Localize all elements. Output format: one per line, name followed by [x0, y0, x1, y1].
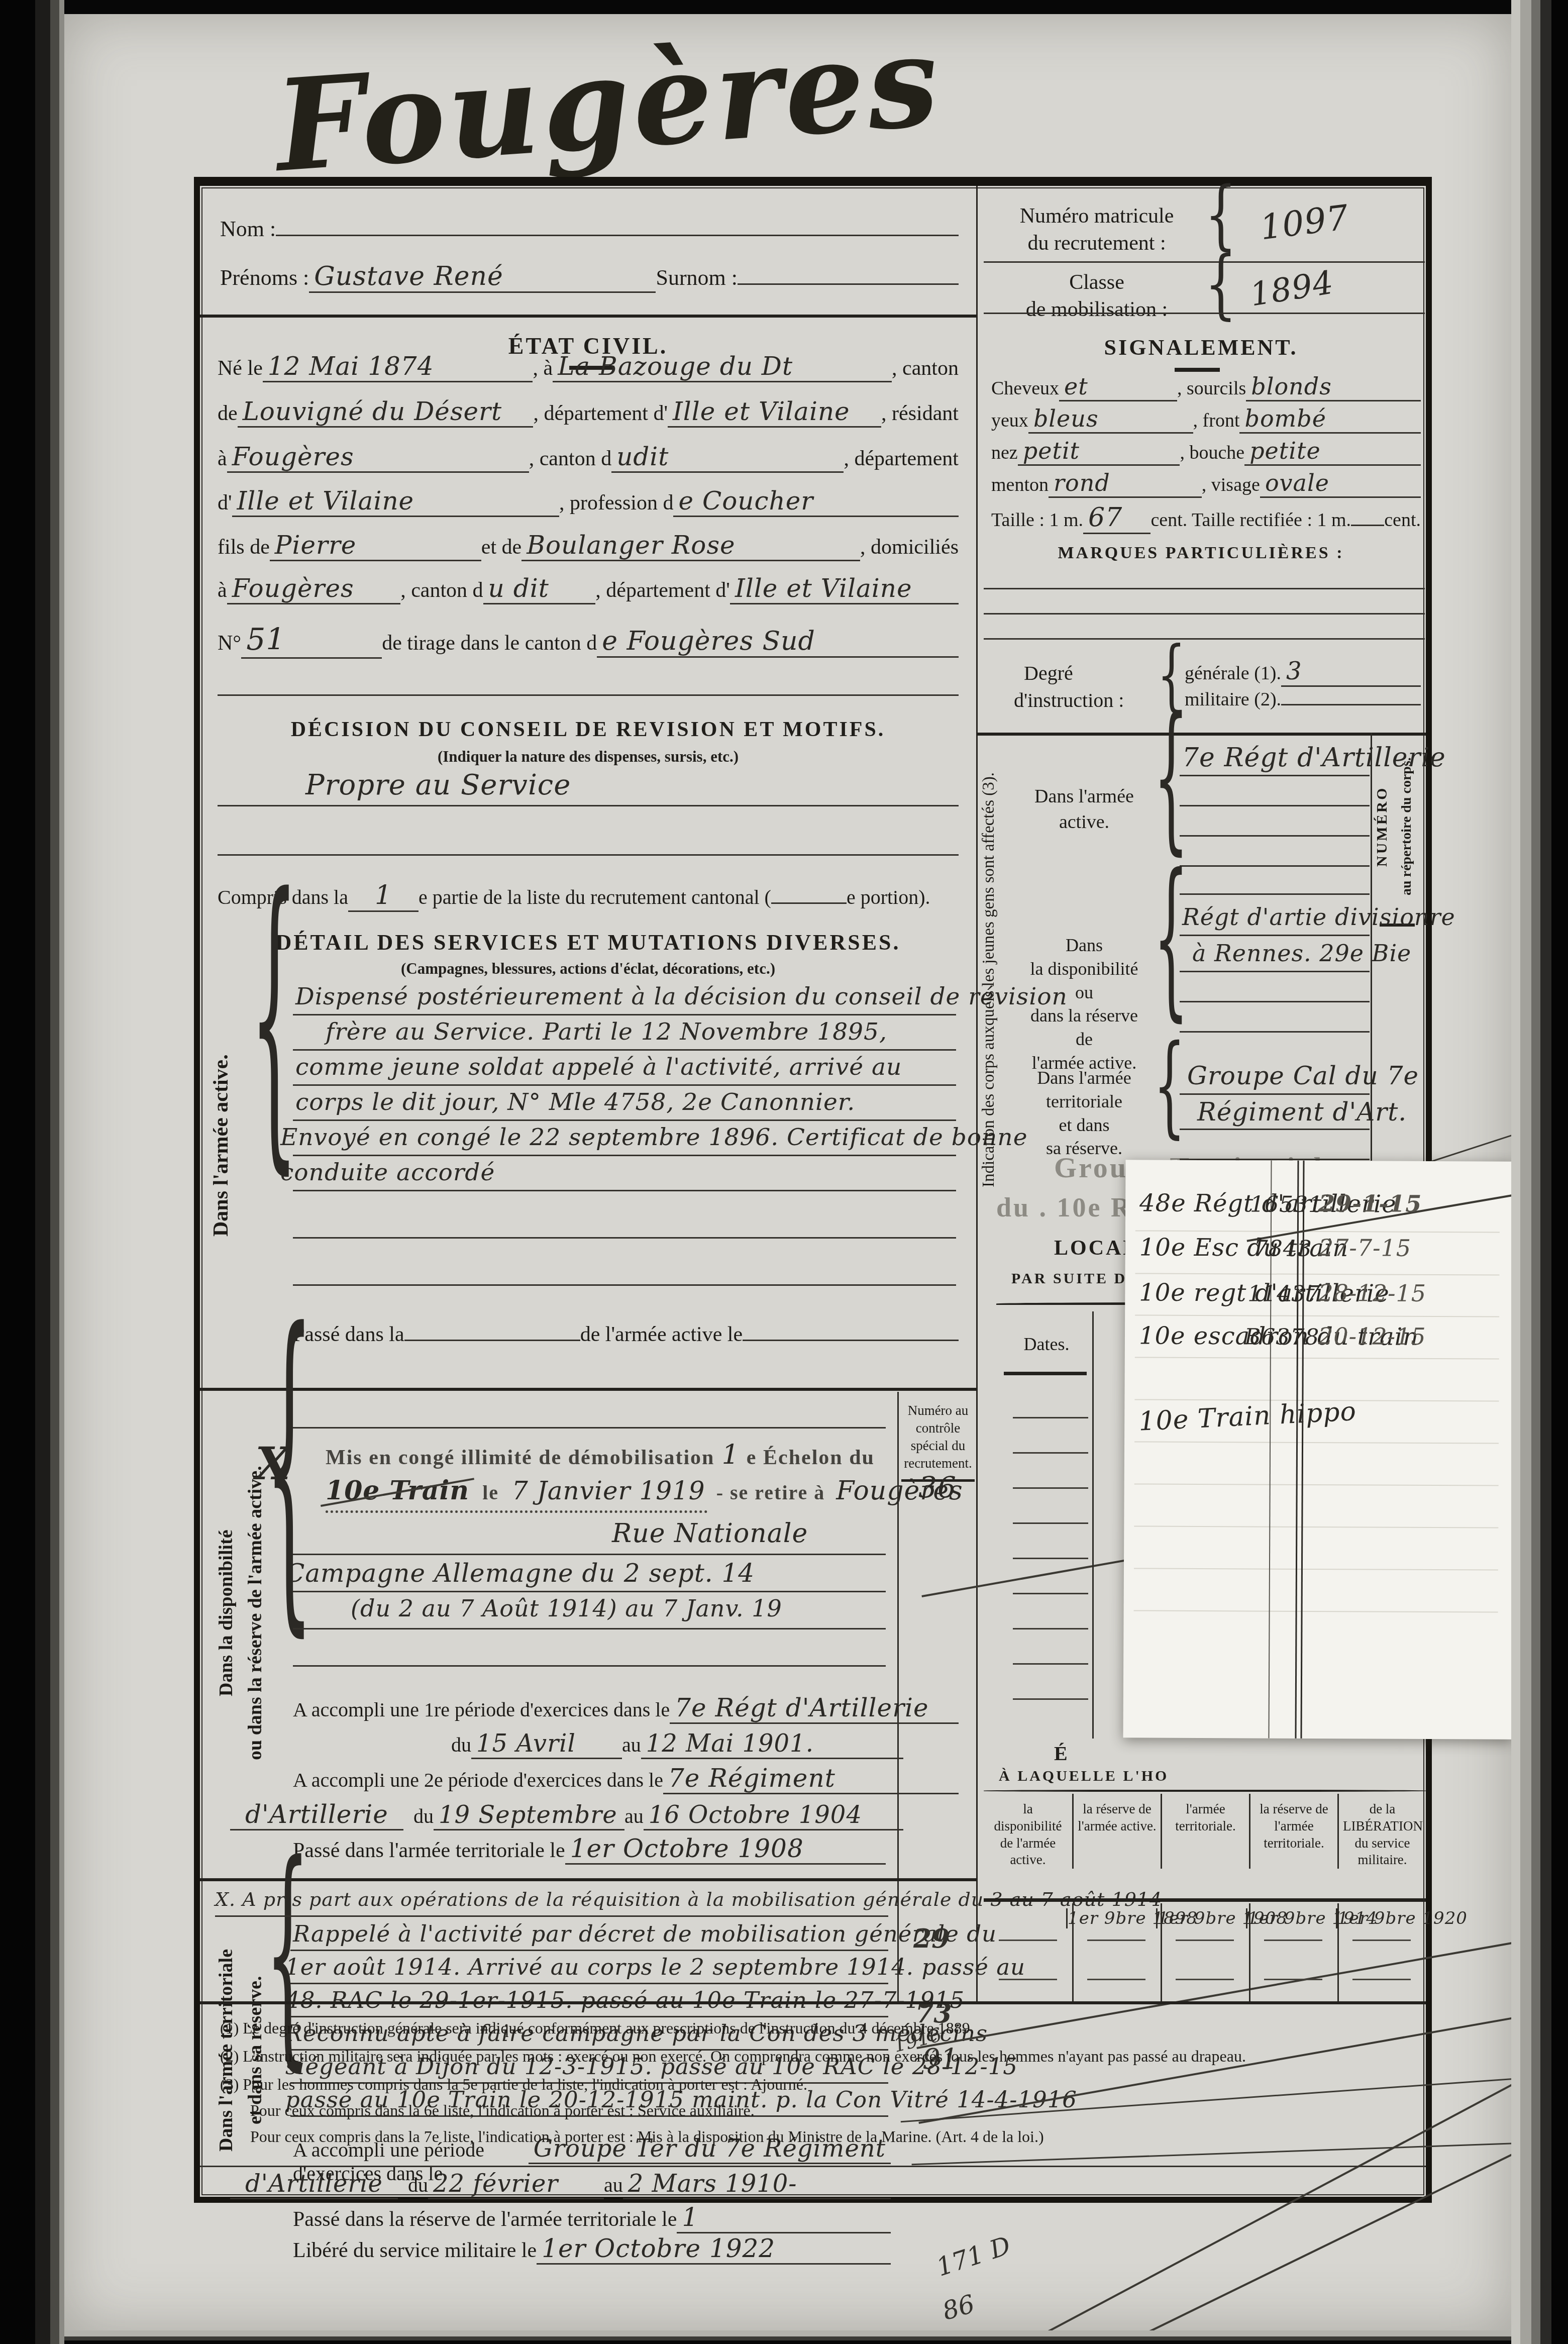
rule — [293, 1155, 956, 1156]
a-label: , à — [533, 356, 553, 380]
sourcils-value: blonds — [1251, 373, 1332, 400]
profession-value: e Coucher — [678, 486, 813, 516]
slip-date: 27-7-15 — [1319, 1234, 1412, 1262]
residence-departement-value: Ille et Vilaine — [237, 486, 414, 516]
periode1-start-value: 15 Avril — [476, 1729, 576, 1758]
service-note-line: corps le dit jour, N° Mle 4758, 2e Canon… — [295, 1088, 855, 1116]
epoques-value-text: 1er 9bre 1920 — [1337, 1908, 1468, 1928]
passe-reserve-value: 1 — [682, 2203, 698, 2232]
x-annotation-mark: X — [255, 1437, 291, 1490]
periode-terr-start-value: 22 février — [433, 2170, 558, 2198]
passe-active-label-2: de l'armée active le — [580, 1322, 743, 1347]
birth-date-value: 12 Mai 1874 — [268, 352, 434, 381]
rule — [293, 1049, 956, 1051]
degre-generale-value: 3 — [1286, 657, 1302, 685]
section-rule — [200, 1388, 976, 1391]
prenoms-value: Gustave René — [314, 261, 503, 291]
degre-label-2: d'instruction : — [1014, 688, 1124, 712]
au-label: au — [624, 1804, 644, 1828]
blank-line — [984, 638, 1425, 640]
compris-label-2: e partie de la liste du recrutement cant… — [419, 885, 771, 909]
rule — [1180, 775, 1370, 776]
rule — [290, 2016, 888, 2017]
footnote-4: Pour ceux compris dans la 6e liste, l'in… — [250, 2101, 1416, 2120]
s3-label: Dans l'armée territoriale et dans sa rés… — [1019, 1066, 1149, 1160]
canton3-label: , canton d — [400, 578, 483, 602]
s2-label-line: dans la réserve — [1019, 1004, 1149, 1028]
mobilisation-line: 1er août 1914. Arrivé au corps le 2 sept… — [285, 1954, 1025, 1980]
s2-label-line: la disponibilité — [1019, 957, 1149, 981]
demob-street-value: Rue Nationale — [612, 1518, 808, 1549]
demob-stamp-le: le — [469, 1481, 512, 1504]
mother-name-value: Boulanger Rose — [527, 531, 735, 560]
blank-line — [1180, 835, 1370, 837]
taille-label-2: cent. Taille rectifiée : 1 m. — [1151, 509, 1351, 531]
epoques-col-line — [1161, 1903, 1162, 2001]
rule — [293, 1554, 886, 1555]
rule — [984, 313, 1425, 314]
de-label: de — [218, 401, 238, 426]
s2-unit-value-2: à Rennes. 29e Bie — [1192, 940, 1411, 967]
signalement-title: SIGNALEMENT. — [976, 335, 1426, 360]
s1-label-text: Dans l'armée active. — [1034, 786, 1134, 833]
marques-title: MARQUES PARTICULIÈRES : — [976, 544, 1426, 563]
menton-label: menton — [991, 474, 1049, 496]
epoques-value: 1er 9bre 1914 — [1246, 1908, 1336, 1928]
a3-label: à — [218, 578, 227, 602]
detail-subtitle: (Campagnes, blessures, actions d'éclat, … — [200, 960, 976, 978]
slip-date: 20-12-15 — [1318, 1322, 1426, 1350]
compris-partie-value: 1 — [375, 880, 392, 910]
section-rule — [976, 733, 1426, 736]
epoques-col-header: la réserve de l'armée territoriale. — [1249, 1794, 1337, 1869]
epoques-value: 1er 9bre 1898 — [1066, 1908, 1156, 1928]
domicilies-label: , domiciliés — [860, 535, 959, 559]
demob-date-value: 7 Janvier 1919 — [512, 1476, 705, 1505]
service-note-line: Envoyé en congé le 22 septembre 1896. Ce… — [280, 1124, 1027, 1151]
blank-line — [293, 1628, 886, 1629]
epoques-title-fragment: É — [1054, 1742, 1070, 1765]
campagne-value-2: (du 2 au 7 Août 1914) au 7 Janv. 19 — [351, 1595, 782, 1622]
service-note-line: frère au Service. Parti le 12 Novembre 1… — [326, 1018, 887, 1046]
blank-line — [1180, 805, 1370, 806]
slip-unit-number: 11437 — [1247, 1281, 1320, 1307]
canton-label: , canton — [892, 356, 959, 380]
s3-unit-value-2: Régiment d'Art. — [1197, 1097, 1407, 1127]
periode2-end-value: 16 Octobre 1904 — [649, 1801, 862, 1829]
footnote-3: (3) Pour les hommes compris dans la 5e p… — [220, 2075, 1416, 2094]
rule — [290, 1983, 888, 1984]
footnote-5: Pour ceux compris dans la 7e liste, l'in… — [250, 2127, 1416, 2146]
detail-title: DÉTAIL DES SERVICES ET MUTATIONS DIVERSE… — [200, 930, 976, 955]
residence-value: Fougères — [232, 442, 354, 471]
departement2-label: , département — [844, 447, 959, 471]
s3-label-line: territoriale — [1019, 1090, 1149, 1113]
epoques-col-header: de la LIBÉRATION du service militaire. — [1337, 1794, 1426, 1869]
epoques-empty-row-rule — [984, 1940, 1426, 1941]
scanned-register-photo: Fougères Nom : Prénoms : Gustave René Su… — [0, 0, 1568, 2344]
s1-label: Dans l'armée active. — [1019, 784, 1149, 836]
demob-stamp-retire: - se retire à — [705, 1481, 837, 1504]
s2-label-line: de — [1019, 1028, 1149, 1051]
service-note-line: Dispensé postérieurement à la décision d… — [295, 983, 1068, 1010]
front-label: , front — [1193, 410, 1240, 432]
prenoms-label: Prénoms : — [220, 265, 309, 290]
taille-label-3: cent. — [1384, 509, 1421, 531]
matricule-number-value: 1097 — [1258, 198, 1351, 248]
blank-line — [984, 588, 1425, 589]
rule — [1180, 1129, 1370, 1130]
sourcils-label: , sourcils — [1177, 377, 1246, 399]
slip-date: 28-12-15 — [1318, 1279, 1426, 1307]
s2-label: Dans la disponibilité ou dans la réserve… — [1019, 934, 1149, 1075]
s2-label-line: ou — [1019, 981, 1149, 1004]
service-note-line: comme jeune soldat appelé à l'activité, … — [295, 1053, 902, 1081]
periode-terr-end-value: 2 Mars 1910- — [628, 2170, 797, 2198]
footnotes-rule — [200, 2001, 1426, 2004]
demob-stamp-1: Mis en congé illimité de démobilisation — [326, 1446, 714, 1470]
du-label: du — [403, 1804, 434, 1828]
decision-subtitle: (Indiquer la nature des dispenses, sursi… — [200, 748, 976, 766]
du-label: du — [398, 2173, 428, 2197]
blank-line — [1180, 865, 1370, 867]
departement3-label: , département d' — [595, 578, 730, 602]
page-stack-bottom — [64, 2330, 1511, 2344]
epoques-subtitle-fragment: À LAQUELLE L'HO — [999, 1768, 1169, 1785]
campagne-value-1: Campagne Allemagne du 2 sept. 14 — [285, 1559, 755, 1588]
epoques-header-row: la disponibilité de l'armée active. la r… — [984, 1794, 1426, 1869]
s2-unit-value-1: Régt d'artie divisionre — [1182, 903, 1455, 931]
visage-value: ovale — [1265, 469, 1329, 496]
page-stack-right — [1511, 0, 1568, 2344]
surnom-label: Surnom : — [656, 265, 738, 290]
slip-unit-number: B6378 — [1244, 1324, 1320, 1350]
epoques-value — [984, 1908, 1066, 1928]
blank-line — [1180, 1031, 1370, 1033]
epoques-col-line — [1249, 1903, 1250, 2001]
rule — [1180, 971, 1370, 972]
dotted-line — [326, 1510, 707, 1513]
degre-label-1: Degré — [1024, 661, 1073, 685]
matricule-label-1: Numéro matricule — [996, 204, 1197, 228]
rule — [293, 1190, 956, 1191]
blank-line — [218, 854, 959, 856]
rule — [984, 261, 1425, 263]
matricule-label-2: du recrutement : — [996, 231, 1197, 255]
au-label: au — [622, 1733, 641, 1757]
nom-label: Nom : — [220, 216, 276, 242]
nom-line — [276, 235, 959, 236]
fils-de-label: fils de — [218, 535, 270, 559]
rule — [293, 1591, 886, 1592]
epoques-curve — [984, 1790, 1426, 1792]
dates-thick-rule — [1004, 1372, 1087, 1375]
mobilisation-line: Rappelé à l'activité par décret de mobil… — [293, 1920, 997, 1947]
compris-label-3: e portion). — [847, 885, 930, 909]
parents-residence-value: Fougères — [232, 574, 354, 603]
tirage-canton-label: de tirage dans le canton d — [382, 631, 597, 655]
footnote-1: (1) Le degré d'instruction générale sera… — [220, 2019, 1416, 2037]
service-note-line: conduite accordé — [280, 1159, 495, 1186]
birth-canton-value: Louvigné du Désert — [243, 397, 502, 426]
dates-col-line — [1092, 1311, 1094, 1739]
blank-line — [293, 1427, 886, 1429]
epoques-col-header: la disponibilité de l'armée active. — [984, 1794, 1072, 1869]
slip-date: 29-1-15 — [1319, 1190, 1422, 1217]
libere-label: Libéré du service militaire le — [293, 2238, 537, 2263]
corps-side-label: Indication des corps auxquels les jeunes… — [980, 739, 1009, 1221]
decision-value: Propre au Service — [305, 769, 571, 801]
tirage-number-value: 51 — [246, 622, 285, 657]
parents-departement-value: Ille et Vilaine — [735, 574, 912, 603]
au-label: au — [604, 2173, 623, 2197]
passe-territoriale-value: 1er Octobre 1908 — [570, 1834, 804, 1863]
nez-label: nez — [991, 442, 1018, 464]
surnom-line — [738, 283, 959, 285]
footnote-2: (2) L'instruction militaire sera indiqué… — [220, 2047, 1416, 2066]
demob-stamp-1b: e Échelon du — [747, 1446, 875, 1470]
classe-label-2: de mobilisation : — [996, 297, 1197, 322]
classe-brace: { — [1205, 247, 1237, 322]
periode2-start-value: 19 Septembre — [439, 1801, 617, 1829]
slip-unit-name: 10e Train hippo — [1138, 1396, 1357, 1437]
blank-line — [293, 1237, 956, 1239]
periode2-unit-value: 7e Régiment — [668, 1764, 835, 1793]
dates-header: Dates. — [1004, 1334, 1089, 1355]
departement-label: , département d' — [533, 401, 668, 426]
decision-line — [218, 805, 959, 806]
rule — [293, 1084, 956, 1086]
decision-title: DÉCISION DU CONSEIL DE REVISION ET MOTIF… — [200, 718, 976, 742]
parents-canton-value: u dit — [488, 574, 549, 603]
et-de-label: et de — [481, 535, 521, 559]
blank-line — [1180, 893, 1370, 895]
cheveux-value: et — [1064, 373, 1088, 400]
s2-brace: { — [1154, 852, 1189, 1023]
rule — [1180, 935, 1370, 936]
father-name-value: Pierre — [275, 531, 357, 560]
profession-label: , profession d — [559, 491, 673, 515]
demob-echelon-value: 1 — [714, 1439, 746, 1471]
epoques-header-rule — [984, 1898, 1426, 1902]
bottom-inner-rule — [200, 2166, 1426, 2167]
rule — [1180, 1093, 1370, 1095]
degre-generale-label: générale (1). — [1185, 662, 1281, 684]
epoques-col-line — [1337, 1903, 1339, 2001]
blank-line — [293, 1665, 886, 1667]
yeux-value: bleus — [1033, 405, 1099, 432]
demob-town-value: Fougères — [836, 1476, 963, 1506]
epoques-value-row: 1er 9bre 1898 1er 9bre 1908 1er 9bre 191… — [984, 1908, 1426, 1928]
classe-value: 1894 — [1247, 264, 1336, 314]
book-binding-shadow — [0, 0, 64, 2344]
periode1-end-value: 12 Mai 1901. — [646, 1729, 814, 1758]
periode1-unit-value: 7e Régt d'Artillerie — [675, 1693, 928, 1722]
name-block-rule — [200, 315, 976, 318]
taille-value: 67 — [1088, 502, 1122, 533]
periode2-unit-value-2: d'Artillerie — [230, 1800, 403, 1830]
armee-active-side-label: Dans l'armée active. — [209, 970, 241, 1321]
register-page: Fougères Nom : Prénoms : Gustave René Su… — [64, 14, 1511, 2330]
demob-unit-value: 10e Train — [326, 1475, 469, 1506]
blank-line — [293, 1284, 956, 1286]
epoques-empty-row-rule — [984, 1979, 1426, 1980]
slip-unit-number: 7843 — [1254, 1236, 1312, 1262]
rule — [293, 1014, 956, 1015]
a2-label: à — [218, 447, 227, 471]
s2-label-line: Dans — [1019, 934, 1149, 957]
section-rule — [200, 1878, 976, 1881]
birth-departement-value: Ille et Vilaine — [673, 397, 850, 426]
nez-value: petit — [1023, 437, 1080, 464]
bouche-value: petite — [1249, 437, 1321, 464]
degre-militaire-label: militaire (2). — [1185, 688, 1281, 710]
rule — [293, 1119, 956, 1121]
ne-le-label: Né le — [218, 356, 263, 380]
tirage-canton-value: e Fougères Sud — [602, 626, 815, 656]
s1-unit-value: 7e Régt d'Artillerie — [1182, 743, 1446, 773]
epoques-value: 1er 9bre 1920 — [1336, 1908, 1426, 1928]
column-divider — [976, 186, 978, 2001]
epoques-col-header: l'armée territoriale. — [1161, 1794, 1249, 1869]
passe-reserve-label: Passé dans la réserve de l'armée territo… — [293, 2207, 677, 2231]
front-value: bombé — [1244, 405, 1326, 432]
pasted-slip: 48e Régt d'artillerie 16531 29-1-15 10e … — [1123, 1160, 1515, 1739]
taille-label-1: Taille : 1 m. — [991, 509, 1083, 531]
du-label: du — [451, 1733, 471, 1757]
blank-line — [1180, 1001, 1370, 1002]
canton2-label: , canton d — [529, 447, 611, 471]
residence-canton-value: udit — [616, 442, 669, 471]
s1-brace: { — [1154, 696, 1189, 857]
menton-value: rond — [1054, 469, 1110, 496]
passe-territoriale-label: Passé dans l'armée territoriale le — [293, 1839, 565, 1863]
bouche-label: , bouche — [1180, 442, 1244, 464]
slip-unit-name: 10e Esc du train — [1139, 1233, 1349, 1262]
d-label: d' — [218, 491, 232, 515]
s3-label-line: Dans l'armée — [1019, 1066, 1149, 1090]
title-ornament — [1175, 368, 1220, 372]
rule — [290, 1950, 888, 1951]
residant-label: , résidant — [881, 401, 959, 426]
periode-terr-unit-value-2: d'Artillerie — [230, 2170, 398, 2199]
disponibilite-side-label-1: Dans la disponibilité — [215, 1427, 243, 1799]
numero-tirage-label: N° — [218, 631, 241, 655]
periode1-label: A accompli une 1re période d'exercices d… — [293, 1698, 670, 1721]
s3-label-line: et dans — [1019, 1113, 1149, 1137]
s3-brace: { — [1154, 1030, 1186, 1141]
epoques-col-header: la réserve de l'armée active. — [1072, 1794, 1161, 1869]
birth-place-value: La Bazouge du Dt — [558, 352, 793, 381]
epoques-col-line — [1072, 1903, 1074, 2001]
periode2-label: A accompli une 2e période d'exercices da… — [293, 1768, 663, 1792]
blank-line — [984, 613, 1425, 615]
rule — [215, 1915, 888, 1917]
mobilisation-line: 48. RAC le 29-1er-1915. passé au 10e Tra… — [285, 1987, 965, 2013]
surname-signature: Fougères — [271, 6, 946, 200]
blank-line — [218, 694, 959, 696]
epoques-value: 1er 9bre 1908 — [1156, 1908, 1246, 1928]
cheveux-label: Cheveux — [991, 377, 1059, 399]
classe-label-1: Classe — [996, 270, 1197, 294]
s3-unit-value-1: Groupe Cal du 7e — [1187, 1061, 1419, 1090]
yeux-label: yeux — [991, 410, 1028, 432]
libere-value: 1er Octobre 1922 — [542, 2234, 775, 2263]
visage-label: , visage — [1202, 474, 1260, 496]
